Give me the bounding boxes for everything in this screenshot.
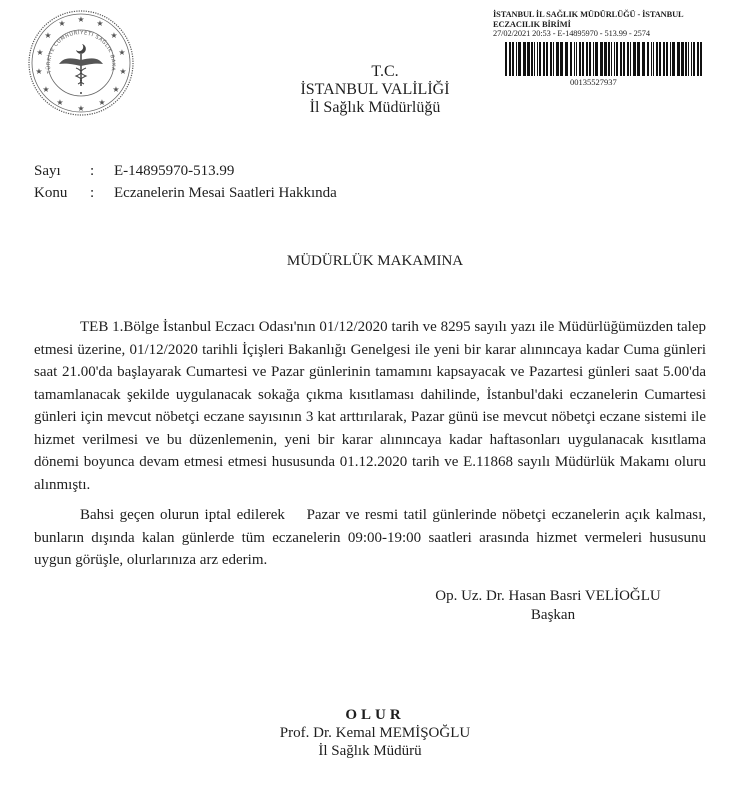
- header-governorship: İSTANBUL VALİLİĞİ: [0, 81, 750, 99]
- konu-value: Eczanelerin Mesai Saatleri Hakkında: [114, 182, 337, 204]
- document-meta: Sayı : E-14895970-513.99 Konu : Eczanele…: [34, 160, 337, 204]
- approver-name: Prof. Dr. Kemal MEMİŞOĞLU: [0, 724, 750, 742]
- separator: :: [84, 160, 114, 182]
- approval-label: OLUR: [0, 706, 750, 724]
- svg-text:★: ★: [110, 31, 117, 40]
- header-directorate: İl Sağlık Müdürlüğü: [0, 99, 750, 117]
- sayi-value: E-14895970-513.99: [114, 160, 234, 182]
- sayi-label: Sayı: [34, 160, 84, 182]
- addressee: MÜDÜRLÜK MAKAMINA: [0, 253, 750, 270]
- separator: :: [84, 182, 114, 204]
- body-paragraph-2: Bahsi geçen olurun iptal edilerek Pazar …: [34, 504, 706, 572]
- sayi-row: Sayı : E-14895970-513.99: [34, 160, 337, 182]
- svg-text:★: ★: [36, 48, 43, 57]
- signatory-name: Op. Uz. Dr. Hasan Basri VELİOĞLU: [423, 587, 673, 606]
- svg-text:★: ★: [44, 31, 51, 40]
- konu-row: Konu : Eczanelerin Mesai Saatleri Hakkın…: [34, 182, 337, 204]
- svg-text:★: ★: [58, 19, 65, 28]
- stamp-line-1: İSTANBUL İL SAĞLIK MÜDÜRLÜĞÜ - İSTANBUL: [493, 10, 733, 20]
- svg-text:★: ★: [96, 19, 103, 28]
- header-tc: T.C.: [20, 63, 750, 81]
- header: T.C. İSTANBUL VALİLİĞİ İl Sağlık Müdürlü…: [0, 63, 750, 117]
- approval-block: OLUR Prof. Dr. Kemal MEMİŞOĞLU İl Sağlık…: [0, 706, 750, 760]
- svg-text:★: ★: [77, 15, 84, 24]
- signatory-block: Op. Uz. Dr. Hasan Basri VELİOĞLU Başkan: [433, 587, 673, 625]
- stamp-line-3: 27/02/2021 20:53 - E-14895970 - 513.99 -…: [493, 29, 733, 39]
- svg-text:★: ★: [118, 48, 125, 57]
- approver-title: İl Sağlık Müdürü: [0, 742, 750, 760]
- signatory-title: Başkan: [433, 606, 673, 625]
- konu-label: Konu: [34, 182, 84, 204]
- stamp-line-2: ECZACILIK BİRİMİ: [493, 20, 733, 30]
- body-paragraph-1: TEB 1.Bölge İstanbul Eczacı Odası'nın 01…: [34, 316, 706, 496]
- document-body: TEB 1.Bölge İstanbul Eczacı Odası'nın 01…: [34, 316, 706, 572]
